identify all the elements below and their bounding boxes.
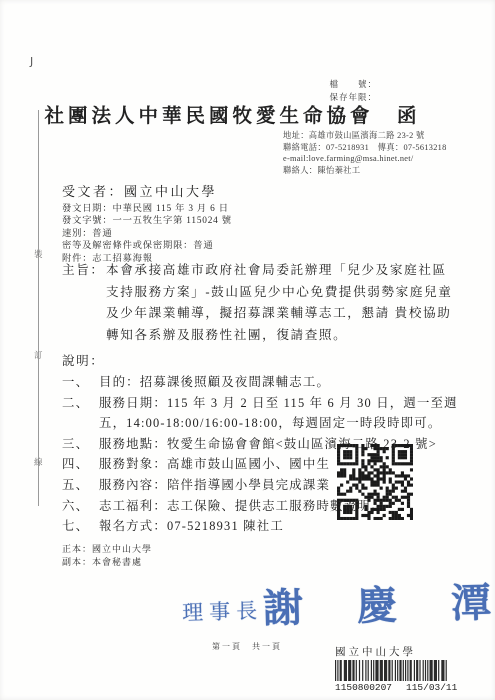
stamp-date: 115/03/11 — [406, 682, 457, 693]
signature-title: 理事長 — [182, 599, 264, 625]
item-number: 二、 — [62, 393, 99, 434]
sender-phone-fax: 聯絡電話：07-5218931 傳真：07-5613218 — [283, 142, 447, 154]
university-receipt-stamp: 國立中山大學 1150800207115/03/11 — [335, 644, 455, 693]
issue-number-line: 發文字號：一一五牧生字第 115024 號 — [62, 215, 232, 227]
item-number: 六、 — [62, 496, 99, 517]
stamp-number: 1150800207 — [335, 682, 392, 693]
sender-address: 地址：高雄市鼓山區濱海二路 23-2 號 — [283, 130, 447, 142]
sender-email: e-mail:love.farming@msa.hinet.net/ — [283, 153, 447, 165]
page-number-footer: 第一頁 共一頁 — [212, 641, 282, 652]
barcode-image — [335, 660, 450, 681]
recipient-line: 受文者：國立中山大學 — [62, 181, 217, 200]
qr-code-image — [337, 444, 413, 520]
scan-corner-mark: J — [30, 55, 33, 68]
document-title: 社團法人中華民國牧愛生命協會 函 — [0, 100, 465, 128]
stamp-university-name: 國立中山大學 — [335, 644, 455, 659]
subject-text: 本會承接高雄市政府社會局委託辦理「兒少及家庭社區支持服務方案」-鼓山區兒少中心免… — [106, 260, 458, 346]
item-number: 三、 — [62, 434, 99, 455]
copies-block: 正本：國立中山大學 副本：本會秘書處 — [62, 543, 152, 568]
item-text: 服務日期：115 年 3 月 2 日至 115 年 6 月 30 日，週一至週五… — [99, 393, 460, 434]
item-number: 七、 — [62, 516, 99, 537]
subject-block: 主旨： 本會承接高雄市政府社會局委託辦理「兒少及家庭社區支持服務方案」-鼓山區兒… — [62, 260, 458, 346]
binding-mark-zhuang: 裝 — [34, 248, 43, 260]
sender-info-block: 地址：高雄市鼓山區濱海二路 23-2 號 聯絡電話：07-5218931 傳真：… — [283, 130, 447, 176]
list-item: 二、 服務日期：115 年 3 月 2 日至 115 年 6 月 30 日，週一… — [62, 393, 460, 434]
security-class-line: 密等及解密條件或保密期限：普通 — [62, 240, 232, 252]
subject-label: 主旨： — [62, 260, 106, 346]
list-item: 一、 目的：招募課後照顧及夜間課輔志工。 — [62, 372, 460, 393]
binding-mark-xian: 線 — [34, 456, 43, 468]
stamp-numbers: 1150800207115/03/11 — [335, 682, 455, 693]
chairman-signature: 理事長謝 慶 潭 — [181, 571, 495, 637]
binding-mark-ding: 訂 — [34, 349, 43, 361]
item-text: 目的：招募課後照顧及夜間課輔志工。 — [99, 372, 460, 393]
sender-contact-person: 聯絡人：陳怡蓁社工 — [283, 165, 447, 177]
original-copy-line: 正本：國立中山大學 — [62, 543, 152, 556]
signature-name: 謝 慶 潭 — [263, 580, 495, 632]
document-meta-block: 發文日期：中華民國 115 年 3 月 6 日 發文字號：一一五牧生字第 115… — [62, 203, 232, 265]
issue-date-line: 發文日期：中華民國 115 年 3 月 6 日 — [62, 203, 232, 215]
official-letter-page: J 檔 號： 保存年限： 社團法人中華民國牧愛生命協會 函 地址：高雄市鼓山區濱… — [0, 0, 495, 700]
item-number: 一、 — [62, 372, 99, 393]
item-number: 四、 — [62, 454, 99, 475]
item-number: 五、 — [62, 475, 99, 496]
binding-line — [38, 110, 39, 506]
speed-class-line: 速別：普通 — [62, 228, 232, 240]
file-number-label: 檔 號： — [329, 78, 377, 91]
duplicate-copy-line: 副本：本會秘書處 — [62, 556, 152, 569]
explanation-label: 說明： — [62, 350, 104, 369]
